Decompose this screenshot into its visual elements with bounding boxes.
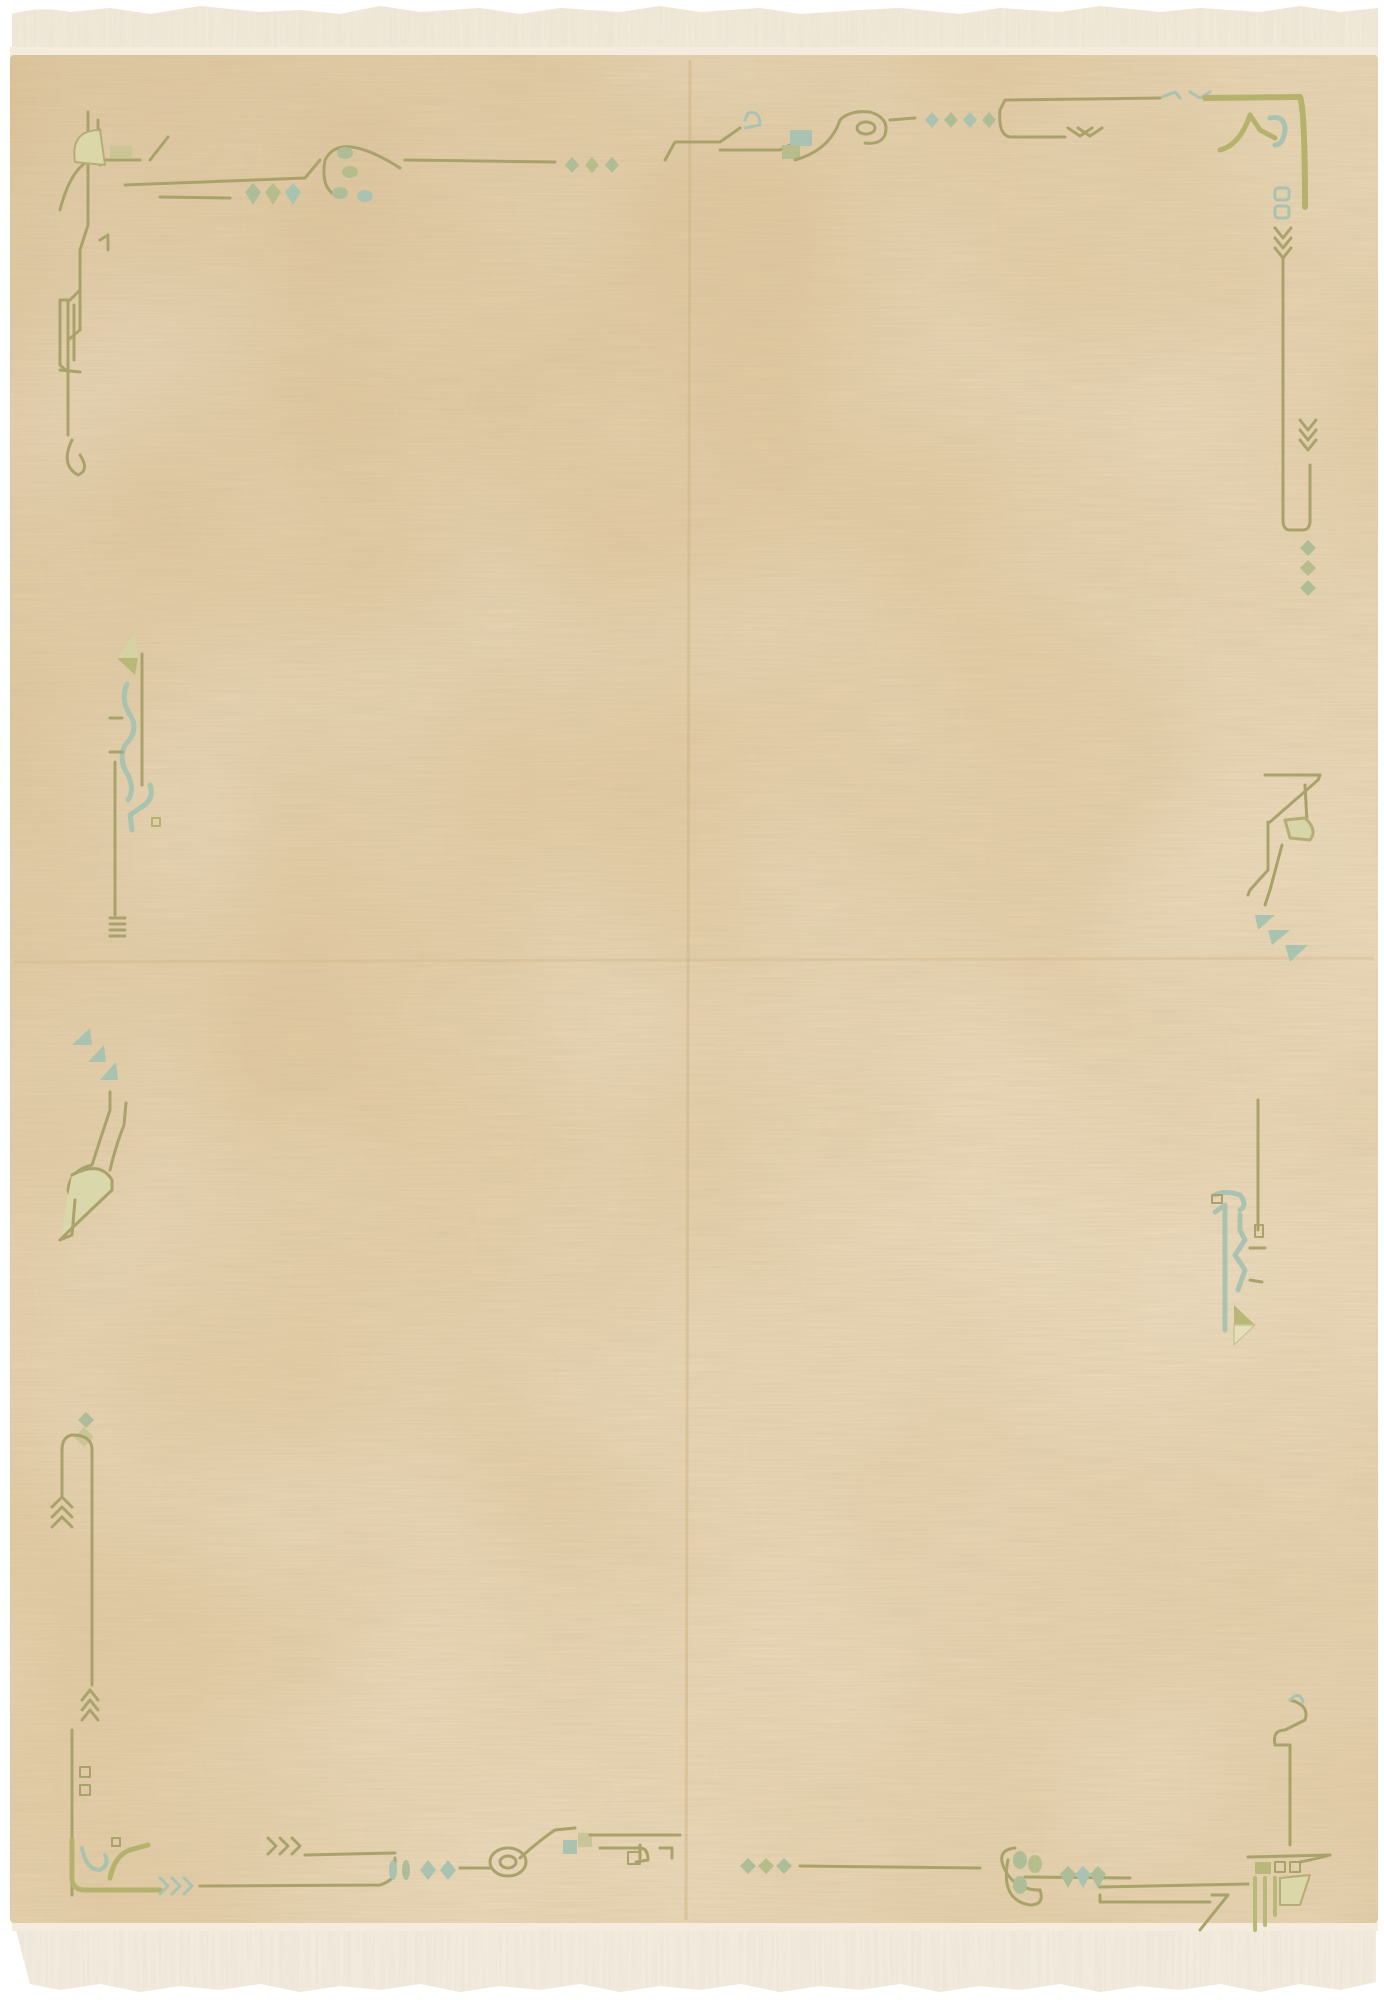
top-binding — [10, 47, 1378, 56]
rug-photo — [0, 0, 1384, 2000]
bottom-fringe — [16, 1930, 1376, 1992]
rug-field — [10, 55, 1378, 1923]
bottom-binding — [12, 1922, 1378, 1931]
top-fringe — [12, 6, 1378, 50]
